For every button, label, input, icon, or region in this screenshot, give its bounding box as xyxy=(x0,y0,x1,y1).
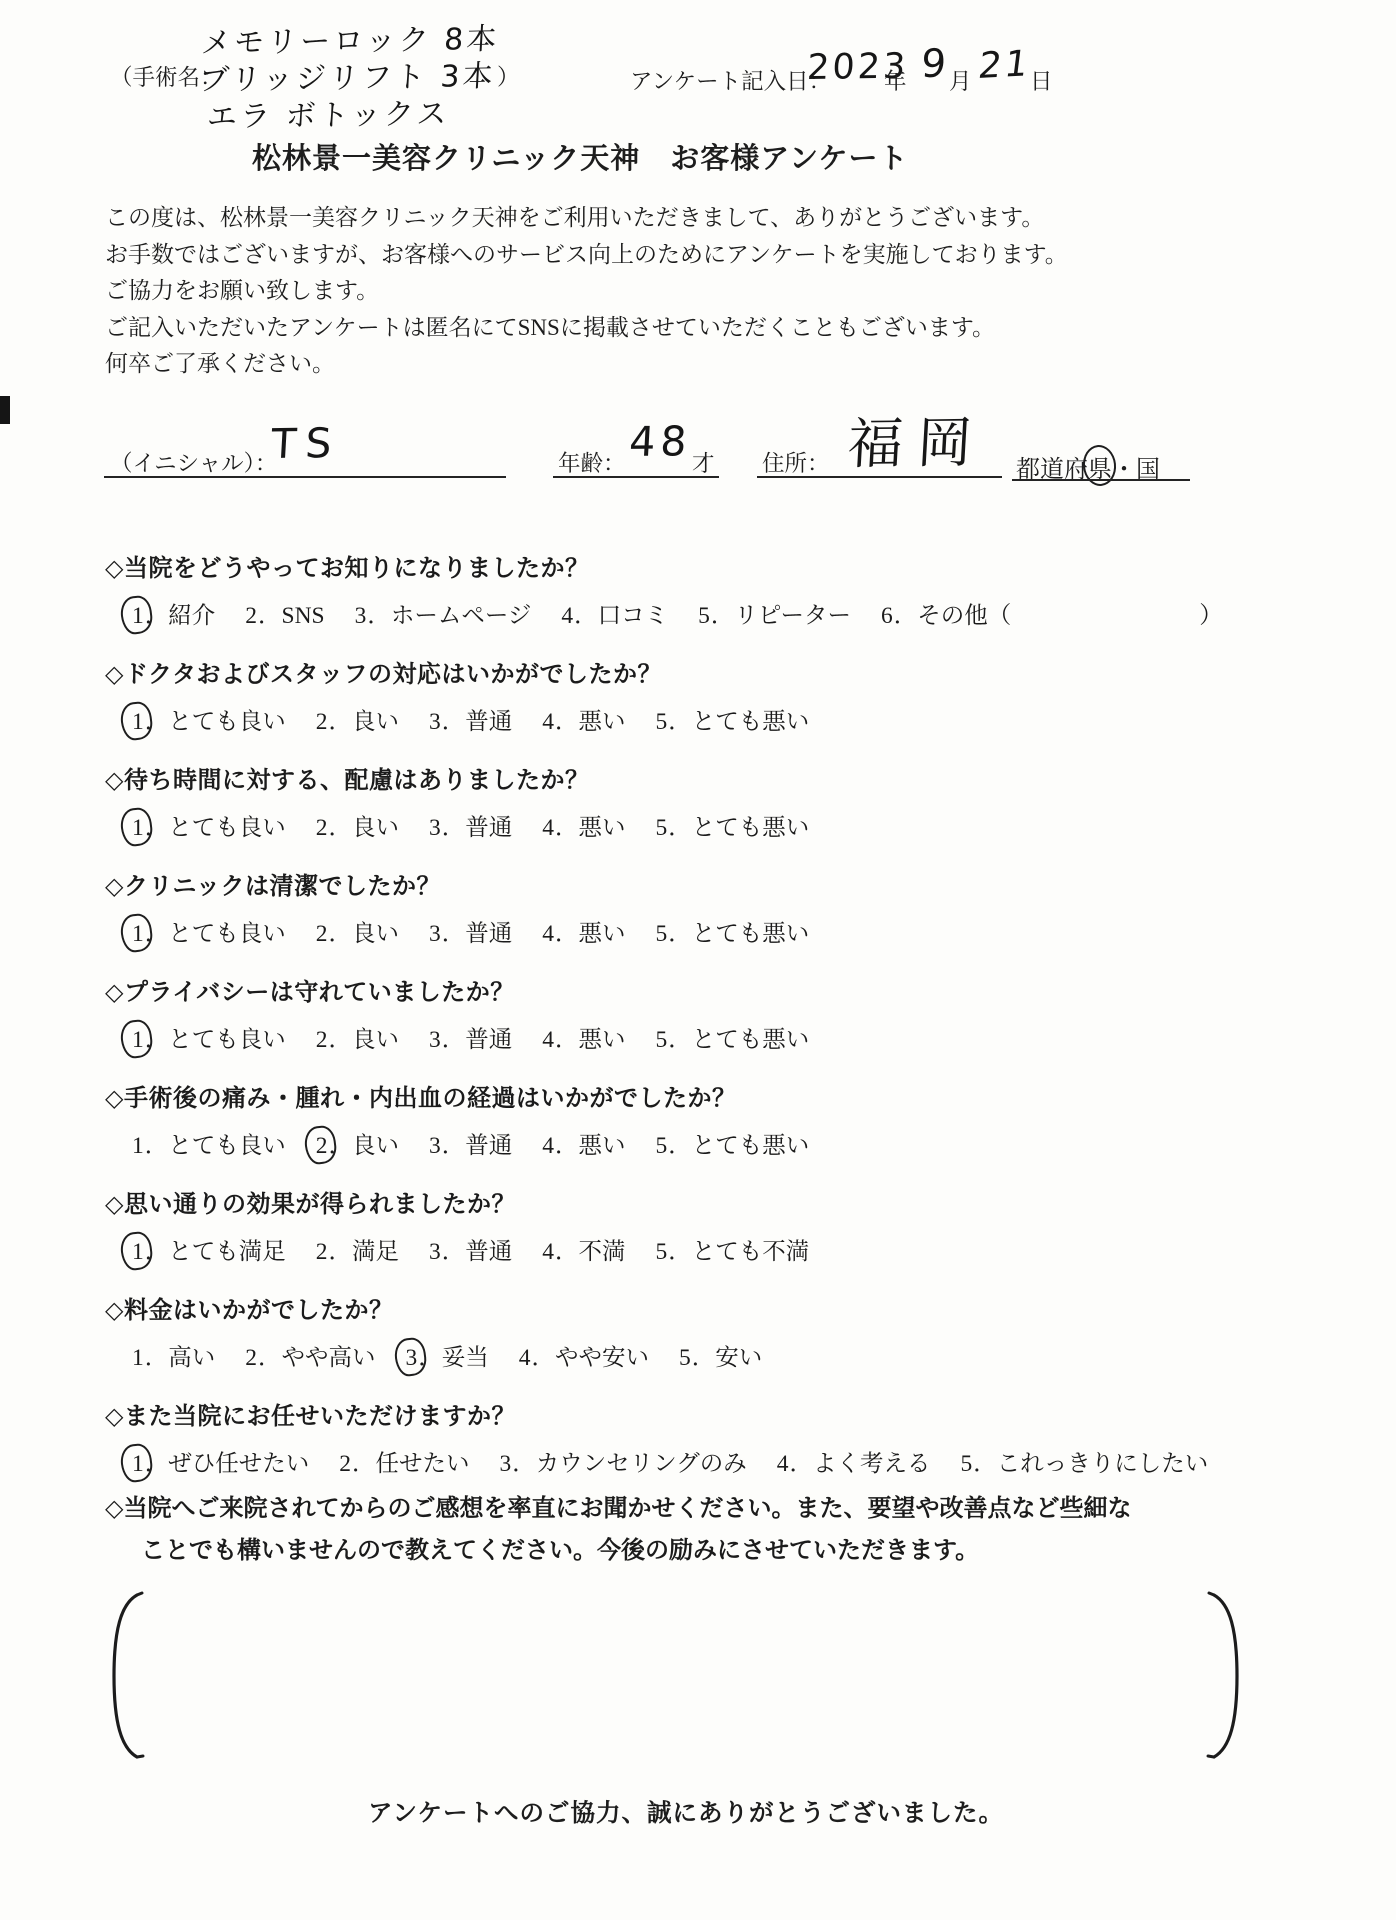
option: 4．不満 xyxy=(541,1239,625,1265)
option-number: 3 xyxy=(428,921,442,948)
option-number: 5 xyxy=(655,709,669,736)
survey-date-year-unit: 年 xyxy=(884,64,907,96)
question-title: ◇また当院にお任せいただけますか？ xyxy=(105,1396,1385,1431)
option-label: ．妥当 xyxy=(418,1345,489,1371)
option-circled-answer: 1．ぜひ任せたい xyxy=(131,1451,309,1477)
option: 4．悪い xyxy=(541,1133,625,1159)
option: 2．SNS xyxy=(244,603,324,629)
option-number: 5 xyxy=(678,1345,692,1372)
option-label: ．とても満足 xyxy=(145,1239,286,1265)
option-label: ．悪い xyxy=(555,921,626,947)
option: 5．とても悪い xyxy=(655,921,810,947)
question-options: 1．とても良い2．良い3．普通4．悪い5．とても悪い xyxy=(131,914,1385,948)
option-number: 5 xyxy=(960,1451,974,1478)
option: 3．普通 xyxy=(428,1027,512,1053)
option-label: ．とても悪い xyxy=(668,1133,809,1159)
option-label: ．不満 xyxy=(555,1239,626,1265)
option-number: 5 xyxy=(655,1027,669,1054)
option: 4．悪い xyxy=(541,1027,625,1053)
surgery-name-label-close: ） xyxy=(497,60,520,92)
option-label: ．普通 xyxy=(442,1239,513,1265)
option-number: 1 xyxy=(131,1239,145,1266)
option-number: 3 xyxy=(428,815,442,842)
option-number: 5 xyxy=(655,1239,669,1266)
question-block: ◇プライバシーは守れていましたか？ 1．とても良い2．良い3．普通4．悪い5．と… xyxy=(105,972,1385,1054)
option-number: 2 xyxy=(244,603,258,630)
option-number: 4 xyxy=(541,1133,555,1160)
option-label: ．とても悪い xyxy=(668,709,809,735)
option-label: ．良い xyxy=(329,709,400,735)
option-label: ．よく考える xyxy=(790,1451,931,1477)
question-title: ◇思い通りの効果が得られましたか？ xyxy=(105,1184,1385,1219)
option-label: ．普通 xyxy=(442,1027,513,1053)
survey-date-day-handwritten: 21 xyxy=(976,43,1033,87)
option-number: 1 xyxy=(131,815,145,842)
initial-label: （イニシャル）： xyxy=(110,446,277,478)
option-label: ．普通 xyxy=(442,709,513,735)
intro-line: 何卒ご了承ください。 xyxy=(105,346,1068,383)
option-label: ．とても悪い xyxy=(668,1027,809,1053)
option: 5．とても悪い xyxy=(655,709,810,735)
question-options: 1．とても満足2．満足3．普通4．不満5．とても不満 xyxy=(131,1232,1385,1266)
option-number: 1 xyxy=(131,1451,145,1478)
option: 2．良い xyxy=(315,921,399,947)
option-label: ．カウンセリングのみ xyxy=(512,1451,747,1477)
age-value-handwritten: 48 xyxy=(628,417,693,466)
option-label: ．口コミ xyxy=(574,603,668,629)
address-label: 住所： xyxy=(762,446,830,478)
option-number: 4 xyxy=(541,815,555,842)
option-circled-answer: 2．良い xyxy=(315,1133,399,1159)
option: 3．普通 xyxy=(428,1239,512,1265)
option-label: ．満足 xyxy=(329,1239,400,1265)
question-options: 1．とても良い2．良い3．普通4．悪い5．とても悪い xyxy=(131,808,1385,842)
region-underline xyxy=(1012,479,1190,481)
option-label: ．とても良い xyxy=(145,815,286,841)
option-number: 2 xyxy=(315,1133,329,1160)
option-number: 2 xyxy=(244,1345,258,1372)
feedback-answer-area-empty xyxy=(130,1595,1200,1755)
option-circled-answer: 1．紹介 xyxy=(131,603,215,629)
option-number: 1 xyxy=(131,709,145,736)
option-label: ．やや安い xyxy=(532,1345,650,1371)
option-number: 2 xyxy=(315,709,329,736)
age-unit: 才 xyxy=(692,446,715,478)
option-label: ．ホームページ xyxy=(367,603,531,629)
option-label: ．良い xyxy=(329,815,400,841)
option-label: ．リピーター xyxy=(711,603,851,629)
question-block: ◇料金はいかがでしたか？ 1．高い2．やや高い3．妥当4．やや安い5．安い xyxy=(105,1290,1385,1372)
option-number: 3 xyxy=(405,1345,419,1372)
option-circled-answer: 1．とても良い xyxy=(131,709,286,735)
option-number: 2 xyxy=(315,815,329,842)
option-label: ．普通 xyxy=(442,921,513,947)
survey-date-month-unit: 月 xyxy=(949,64,972,96)
option-label: ．これっきりにしたい xyxy=(973,1451,1208,1477)
option-label: ．やや高い xyxy=(258,1345,376,1371)
option-label: ．任せたい xyxy=(352,1451,470,1477)
option: 4．よく考える xyxy=(776,1451,931,1477)
question-options: 1．とても良い2．良い3．普通4．悪い5．とても悪い xyxy=(131,1020,1385,1054)
option: 2．良い xyxy=(315,1027,399,1053)
option: 2．良い xyxy=(315,815,399,841)
question-title: ◇クリニックは清潔でしたか？ xyxy=(105,866,1385,901)
option-number: 1 xyxy=(131,1027,145,1054)
option-number: 1 xyxy=(131,921,145,948)
question-block: ◇ドクタおよびスタッフの対応はいかがでしたか？ 1．とても良い2．良い3．普通4… xyxy=(105,654,1385,736)
initial-value-handwritten: TS xyxy=(270,419,342,468)
question-block: ◇また当院にお任せいただけますか？ 1．ぜひ任せたい2．任せたい3．カウンセリン… xyxy=(105,1396,1385,1478)
option: 5．安い xyxy=(678,1345,762,1371)
option-circled-answer: 3．妥当 xyxy=(405,1345,489,1371)
option: 3．ホームページ xyxy=(354,603,532,629)
option-number: 1 xyxy=(131,1133,145,1160)
option: 4．悪い xyxy=(541,709,625,735)
option-label: ．とても良い xyxy=(145,1027,286,1053)
survey-date-day-unit: 日 xyxy=(1030,64,1053,96)
intro-paragraph: この度は、松林景一美容クリニック天神をご利用いただきまして、ありがとうございます… xyxy=(105,200,1068,383)
option-number: 5 xyxy=(697,603,711,630)
option: 2．やや高い xyxy=(244,1345,375,1371)
option-number: 5 xyxy=(655,815,669,842)
option-circled-answer: 1．とても満足 xyxy=(131,1239,286,1265)
option: 2．良い xyxy=(315,709,399,735)
scanned-survey-page: { "paper": { "surgery": { "label_open": … xyxy=(0,0,1396,1920)
question-title: ◇プライバシーは守れていましたか？ xyxy=(105,972,1385,1007)
option-number: 5 xyxy=(655,921,669,948)
option-number: 5 xyxy=(655,1133,669,1160)
question-block: ◇待ち時間に対する、配慮はありましたか？ 1．とても良い2．良い3．普通4．悪い… xyxy=(105,760,1385,842)
feedback-question-line1: ◇当院へご来院されてからのご感想を率直にお聞かせください。また、要望や改善点など… xyxy=(105,1488,1131,1523)
age-label: 年齢： xyxy=(558,446,626,478)
option: 1．高い xyxy=(131,1345,215,1371)
option-label: ．とても良い xyxy=(145,921,286,947)
address-value-handwritten: 福岡 xyxy=(846,398,989,479)
question-block: ◇手術後の痛み・腫れ・内出血の経過はいかがでしたか？ 1．とても良い2．良い3．… xyxy=(105,1078,1385,1160)
option-number: 3 xyxy=(499,1451,513,1478)
option-number: 3 xyxy=(354,603,368,630)
option: 4．悪い xyxy=(541,815,625,841)
option-label: ．良い xyxy=(329,1133,400,1159)
option-number: 4 xyxy=(541,921,555,948)
option: 5．リピーター xyxy=(697,603,851,629)
page-title: 松林景一美容クリニック天神 お客様アンケート xyxy=(252,136,909,177)
option-number: 3 xyxy=(428,709,442,736)
option-number: 4 xyxy=(541,709,555,736)
question-title: ◇手術後の痛み・腫れ・内出血の経過はいかがでしたか？ xyxy=(105,1078,1385,1113)
question-options: 1．とても良い2．良い3．普通4．悪い5．とても悪い xyxy=(131,1126,1385,1160)
option-label: ．良い xyxy=(329,1027,400,1053)
option-label: ．悪い xyxy=(555,709,626,735)
option: 3．普通 xyxy=(428,709,512,735)
option: 3．普通 xyxy=(428,815,512,841)
option: 5．とても悪い xyxy=(655,1027,810,1053)
option-label: ．悪い xyxy=(555,815,626,841)
intro-line: ご協力をお願い致します。 xyxy=(105,273,1068,310)
feedback-question-line2: ことでも構いませんので教えてください。今後の励みにさせていただきます。 xyxy=(141,1530,979,1565)
option: 5．とても悪い xyxy=(655,1133,810,1159)
option-number: 2 xyxy=(315,1239,329,1266)
option: 3．普通 xyxy=(428,921,512,947)
option-label: ．高い xyxy=(145,1345,216,1371)
address-underline xyxy=(757,476,1002,478)
option-number: 4 xyxy=(541,1027,555,1054)
option: 2．任せたい xyxy=(338,1451,469,1477)
option-number: 4 xyxy=(776,1451,790,1478)
option-number: 4 xyxy=(518,1345,532,1372)
intro-line: お手数ではございますが、お客様へのサービス向上のためにアンケートを実施しておりま… xyxy=(105,237,1068,274)
option-label: ．とても悪い xyxy=(668,921,809,947)
option-number: 2 xyxy=(315,921,329,948)
option-label: ．安い xyxy=(692,1345,763,1371)
option-number: 3 xyxy=(428,1027,442,1054)
question-block: ◇思い通りの効果が得られましたか？ 1．とても満足2．満足3．普通4．不満5．と… xyxy=(105,1184,1385,1266)
survey-date-label: アンケート記入日： xyxy=(630,64,831,96)
question-title: ◇待ち時間に対する、配慮はありましたか？ xyxy=(105,760,1385,795)
answer-area-right-bracket xyxy=(1206,1590,1250,1762)
option: 5．これっきりにしたい xyxy=(960,1451,1209,1477)
option-label: ．とても不満 xyxy=(668,1239,809,1265)
option-number: 1 xyxy=(131,1345,145,1372)
question-block: ◇当院をどうやってお知りになりましたか？ 1．紹介2．SNS3．ホームページ4．… xyxy=(105,548,1385,630)
option: 1．とても良い xyxy=(131,1133,286,1159)
option-number: 3 xyxy=(428,1133,442,1160)
option: 4．やや安い xyxy=(518,1345,649,1371)
question-title: ◇料金はいかがでしたか？ xyxy=(105,1290,1385,1325)
option: 5．とても不満 xyxy=(655,1239,810,1265)
option-label: ．ぜひ任せたい xyxy=(145,1451,310,1477)
option-number: 2 xyxy=(315,1027,329,1054)
option-label: ．とても良い xyxy=(145,1133,286,1159)
option-number: 4 xyxy=(560,603,574,630)
option-number: 6 xyxy=(880,603,894,630)
option-label: ．紹介 xyxy=(145,603,216,629)
option-label: ．悪い xyxy=(555,1133,626,1159)
option: 2．満足 xyxy=(315,1239,399,1265)
option-label: ．とても良い xyxy=(145,709,286,735)
option-label: ．良い xyxy=(329,921,400,947)
survey-date-month-handwritten: 9 xyxy=(920,42,950,87)
option: 3．カウンセリングのみ xyxy=(499,1451,747,1477)
question-title: ◇当院をどうやってお知りになりましたか？ xyxy=(105,548,1385,583)
closing-text: アンケートへのご協力、誠にありがとうございました。 xyxy=(368,1794,1004,1829)
option-circled-answer: 1．とても良い xyxy=(131,815,286,841)
option-label: ．悪い xyxy=(555,1027,626,1053)
option: 3．普通 xyxy=(428,1133,512,1159)
option-label: ．普通 xyxy=(442,1133,513,1159)
option-label: ．その他（ ） xyxy=(894,603,1223,629)
question-title: ◇ドクタおよびスタッフの対応はいかがでしたか？ xyxy=(105,654,1385,689)
initial-underline xyxy=(104,476,506,478)
age-underline xyxy=(553,476,719,478)
option-number: 4 xyxy=(541,1239,555,1266)
scan-artifact xyxy=(0,396,10,424)
option-number: 1 xyxy=(131,603,145,630)
option-label: ．普通 xyxy=(442,815,513,841)
option-number: 3 xyxy=(428,1239,442,1266)
option: 4．口コミ xyxy=(560,603,668,629)
question-options: 1．高い2．やや高い3．妥当4．やや安い5．安い xyxy=(131,1338,1385,1372)
option-label: ．とても悪い xyxy=(668,815,809,841)
option: 6．その他（ ） xyxy=(880,603,1223,629)
intro-line: ご記入いただいたアンケートは匿名にてSNSに掲載させていただくこともございます。 xyxy=(105,310,1068,347)
question-options: 1．とても良い2．良い3．普通4．悪い5．とても悪い xyxy=(131,702,1385,736)
option-number: 2 xyxy=(338,1451,352,1478)
option-label: ．SNS xyxy=(258,603,325,629)
question-options: 1．ぜひ任せたい2．任せたい3．カウンセリングのみ4．よく考える5．これっきりに… xyxy=(131,1444,1385,1478)
surgery-name-handwritten-line3: エラ ボトックス xyxy=(206,89,451,136)
option-circled-answer: 1．とても良い xyxy=(131,921,286,947)
option: 5．とても悪い xyxy=(655,815,810,841)
option: 4．悪い xyxy=(541,921,625,947)
option-circled-answer: 1．とても良い xyxy=(131,1027,286,1053)
question-options: 1．紹介2．SNS3．ホームページ4．口コミ5．リピーター6．その他（ ） xyxy=(131,596,1385,630)
question-block: ◇クリニックは清潔でしたか？ 1．とても良い2．良い3．普通4．悪い5．とても悪… xyxy=(105,866,1385,948)
intro-line: この度は、松林景一美容クリニック天神をご利用いただきまして、ありがとうございます… xyxy=(105,200,1068,237)
